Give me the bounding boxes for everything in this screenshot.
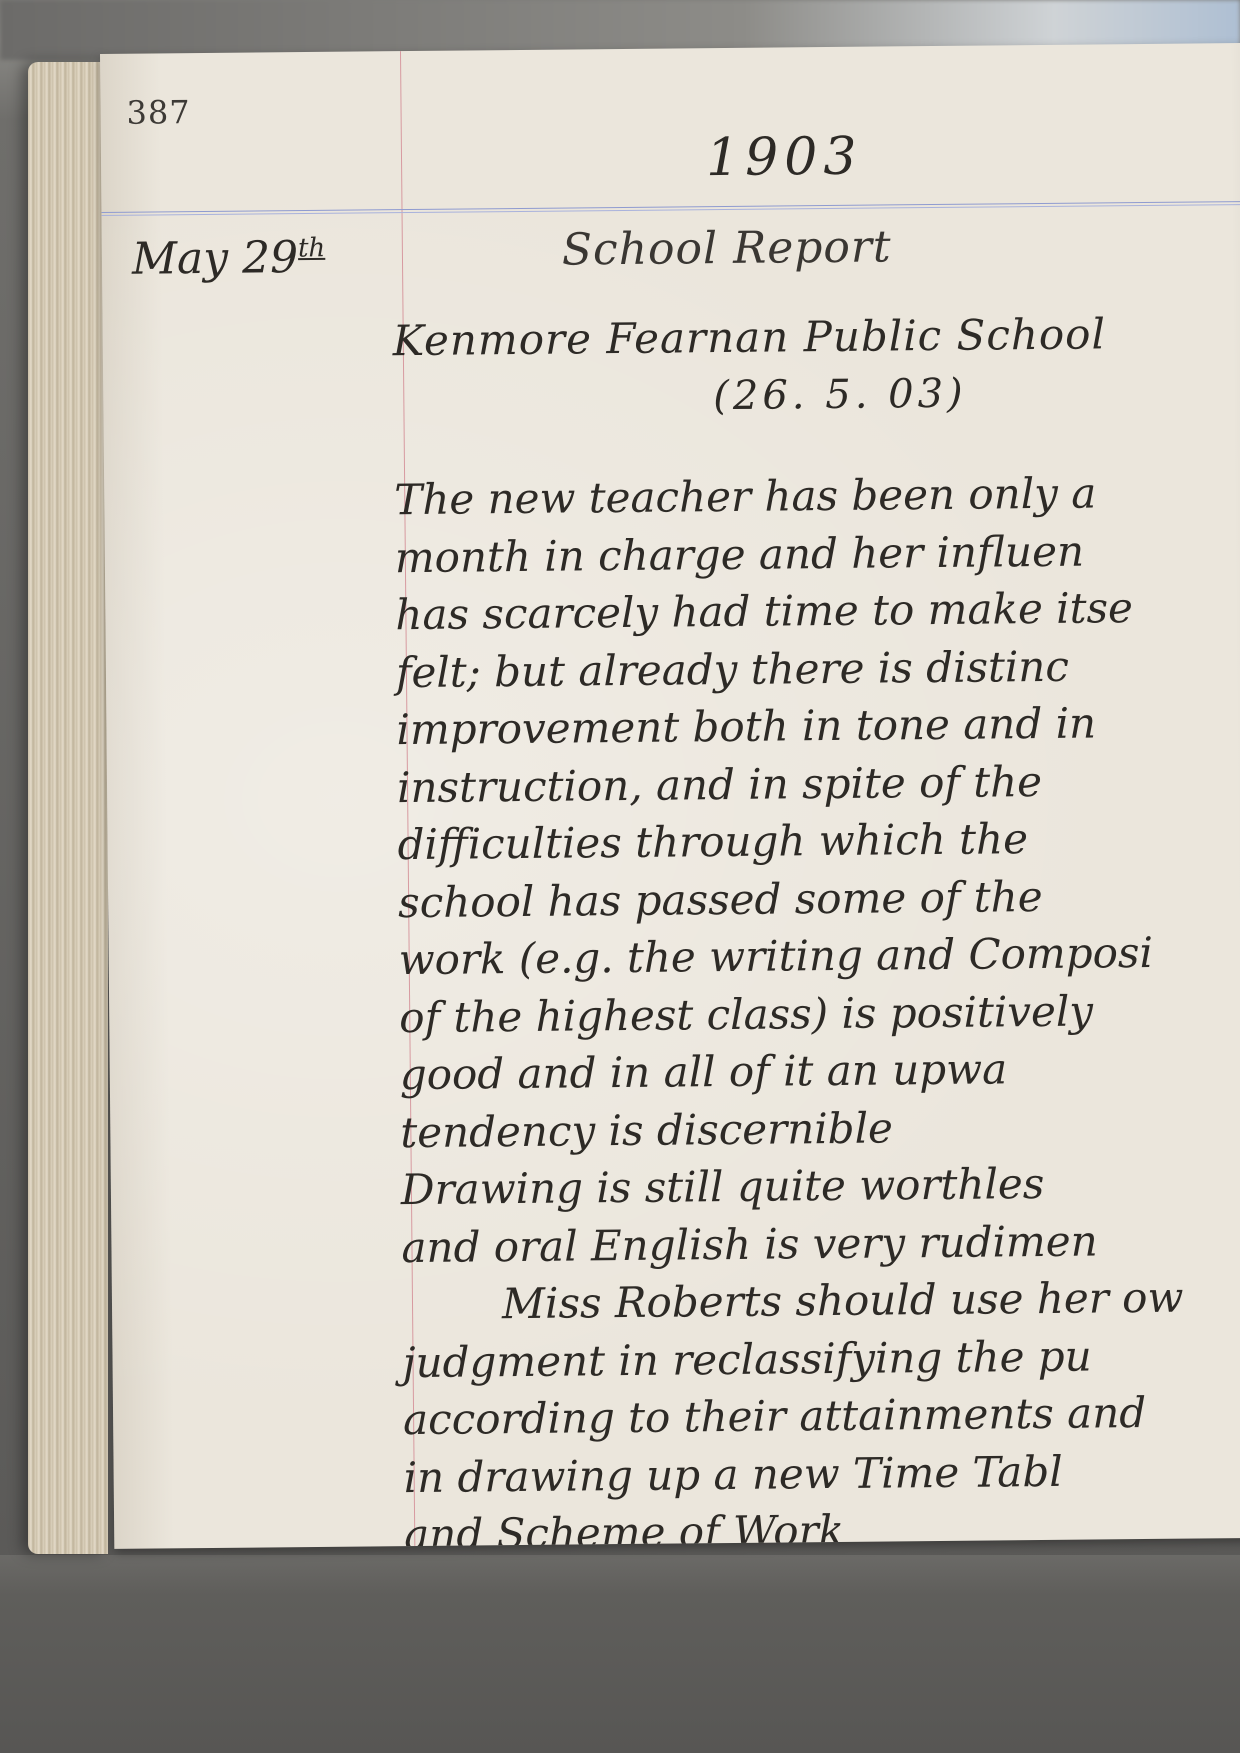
body-line: and Scheme of Work — [404, 1498, 1240, 1549]
background-surface — [0, 1555, 1240, 1753]
body-line: improvement both in tone and in — [396, 693, 1240, 759]
year-heading: 1903 — [706, 127, 863, 188]
body-line: according to their attainments and — [403, 1383, 1240, 1449]
body-line: difficulties through which the — [397, 808, 1240, 874]
body-line: work (e.g. the writing and Composi — [398, 923, 1240, 989]
body-line: good and in all of it an upwa — [400, 1038, 1240, 1104]
body-line: month in charge and her influen — [395, 520, 1240, 586]
entry-date: May 29th — [132, 232, 326, 285]
body-line: felt; but already there is distinc — [396, 635, 1240, 701]
body-line: and oral English is very rudimen — [401, 1210, 1240, 1276]
page-number: 387 — [126, 93, 190, 132]
ledger-page: 387 1903 May 29th School Report Kenmore … — [100, 43, 1240, 1549]
report-body: The new teacher has been only a month in… — [394, 463, 1240, 1549]
body-line: of the highest class) is positively — [399, 980, 1240, 1046]
body-line: has scarcely had time to make itse — [395, 578, 1240, 644]
body-line: school has passed some of the — [398, 865, 1240, 931]
entry-title: School Report — [562, 221, 892, 275]
body-line: tendency is discernible — [400, 1095, 1240, 1161]
body-line: The new teacher has been only a — [394, 463, 1240, 529]
entry-date-suffix: th — [298, 233, 325, 263]
scanned-scene: 387 1903 May 29th School Report Kenmore … — [0, 0, 1240, 1753]
entry-date-text: May 29 — [132, 232, 299, 285]
body-line: in drawing up a new Time Tabl — [403, 1440, 1240, 1506]
body-line: judgment in reclassifying the pu — [402, 1325, 1240, 1391]
report-date: (26. 5. 03) — [713, 371, 967, 419]
school-name: Kenmore Fearnan Public School — [393, 309, 1107, 365]
body-line: instruction, and in spite of the — [397, 750, 1240, 816]
body-line: Miss Roberts should use her ow — [402, 1268, 1240, 1334]
body-line: Drawing is still quite worthles — [401, 1153, 1240, 1219]
page-stack-edge — [28, 62, 108, 1554]
header-rule — [102, 201, 1240, 216]
